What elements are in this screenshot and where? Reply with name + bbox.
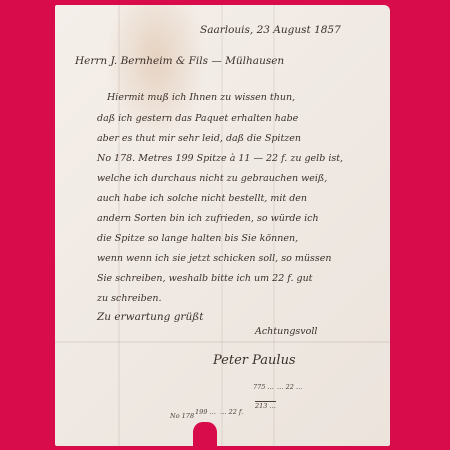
letter-paper: Saarlouis, 23 August 1857 Herrn J. Bernh… [55,5,390,446]
paper-tear [193,422,217,448]
closing: Zu erwartung grüßt [97,311,203,323]
margin-note: … 22 … [277,383,302,391]
date-line: Saarlouis, 23 August 1857 [200,24,341,36]
addressee: Herrn J. Bernheim & Fils — Mülhausen [75,55,284,67]
margin-note: … 22 f. [220,408,243,416]
body-line: zu schreiben. [97,293,162,304]
margin-note: 213 … [255,401,276,410]
body-line: Hiermit muß ich Ihnen zu wissen thun, [107,92,295,103]
valediction: Achtungsvoll [255,326,317,337]
body-line: Sie schreiben, weshalb bitte ich um 22 f… [97,273,313,284]
body-line: auch habe ich solche nicht bestellt, mit… [97,193,307,204]
body-line: andern Sorten bin ich zufrieden, so würd… [97,213,319,224]
body-line: daß ich gestern das Paquet erhalten habe [97,113,298,124]
margin-note: 775 … [253,383,274,391]
body-line: welche ich durchaus nicht zu gebrauchen … [97,173,327,184]
signature: Peter Paulus [213,353,296,368]
body-line: aber es thut mir sehr leid, daß die Spit… [97,133,301,144]
body-line: die Spitze so lange halten bis Sie könne… [97,233,298,244]
body-line: No 178. Metres 199 Spitze à 11 — 22 f. z… [97,153,343,164]
body-line: wenn wenn ich sie jetzt schicken soll, s… [97,253,331,264]
margin-note: No 178 [170,412,194,420]
margin-note: 199 … [195,408,216,416]
